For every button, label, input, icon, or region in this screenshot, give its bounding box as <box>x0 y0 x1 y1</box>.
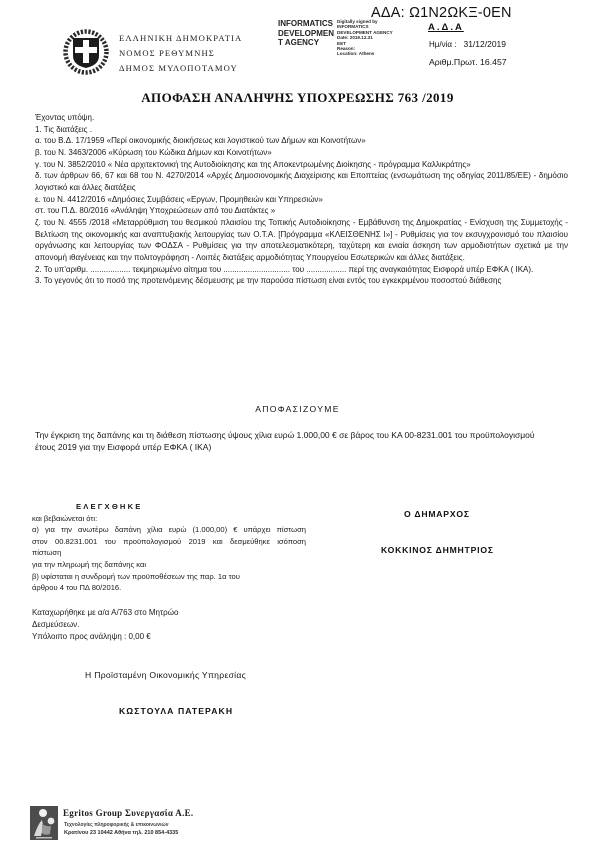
verification-block: ΕΛΕΓΧΘΗΚΕ και βεβαιώνεται ότι: α) για τη… <box>32 501 306 594</box>
registry-line: Υπόλοιπο προς ανάληψη : 0,00 € <box>32 631 178 643</box>
date-row: Ημ/νία :31/12/2019 <box>429 39 506 49</box>
digital-signature-block: Digitally signed by INFORMATICS DEVELOPM… <box>337 19 417 57</box>
date-label: Ημ/νία : <box>429 40 456 49</box>
decision-text: Την έγκριση της δαπάνης και τη διάθεση π… <box>35 429 549 453</box>
footer-address: Κρατίνου 23 10442 Αθήνα τηλ. 210 854-433… <box>64 830 178 836</box>
body-item-2: 2. Το υπ'αριθμ. .................. τεκμη… <box>35 264 568 276</box>
decision-heading: ΑΠΟΦΑΣΙΖΟΥΜΕ <box>0 404 595 414</box>
verification-line: στον 00.8231.001 του προϋπολογισμού 2019… <box>32 536 306 548</box>
document-title: ΑΠΟΦΑΣΗ ΑΝΑΛΗΨΗΣ ΥΠΟΧΡΕΩΣΗΣ 763 /2019 <box>0 90 595 106</box>
date-value: 31/12/2019 <box>463 39 506 49</box>
agency-line: INFORMATICS <box>278 19 338 29</box>
verification-line: για την πληρωμή της δαπάνης και <box>32 559 306 571</box>
greek-coat-of-arms-icon <box>62 27 110 76</box>
agency-line: T AGENCY <box>278 38 338 48</box>
authority-line: ΔΗΜΟΣ ΜΥΛΟΠΟΤΑΜΟΥ <box>119 61 242 76</box>
verification-line: πίστωση <box>32 547 306 559</box>
verification-line: άρθρου 4 του ΠΔ 80/2016. <box>32 582 306 594</box>
agency-line: DEVELOPMEN <box>278 29 338 39</box>
document-body: Έχοντας υπόψη. 1. Τις διατάξεις . α. του… <box>35 112 568 287</box>
authority-line: ΕΛΛΗΝΙΚΗ ΔΗΜΟΚΡΑΤΙΑ <box>119 31 242 46</box>
provision-c: γ. του Ν. 3852/2010 « Νέα αρχιτεκτονική … <box>35 159 568 171</box>
registry-line: Καταχωρήθηκε με α/α Α/763 στο Μητρώο <box>32 607 178 619</box>
provision-st: στ. του Π.Δ. 80/2016 «Ανάληψη Υποχρεώσεω… <box>35 205 568 217</box>
protocol-number: Αριθμ.Πρωτ. 16.457 <box>429 57 507 67</box>
agency-stamp: INFORMATICS DEVELOPMEN T AGENCY <box>278 19 338 48</box>
verification-line: και βεβαιώνεται ότι: <box>32 513 306 525</box>
provision-a: α. του Β.Δ. 17/1959 «Περί οικονομικής δι… <box>35 135 568 147</box>
body-item-1: 1. Τις διατάξεις . <box>35 124 568 136</box>
verification-line: α) για την ανωτέρω δαπάνη χίλια ευρώ (1.… <box>32 524 306 536</box>
authority-block: ΕΛΛΗΝΙΚΗ ΔΗΜΟΚΡΑΤΙΑ ΝΟΜΟΣ ΡΕΘΥΜΝΗΣ ΔΗΜΟΣ… <box>119 31 242 76</box>
finance-head-title: Η Προϊσταμένη Οικονομικής Υπηρεσίας <box>85 670 246 680</box>
registry-line: Δεσμεύσεων. <box>32 619 178 631</box>
document-page: ΑΔΑ: Ω1Ν2ΩΚΞ-0ΕΝ INFORMATICS DEVELOPMEN … <box>0 0 595 842</box>
finance-head-name: ΚΩΣΤΟΥΛΑ ΠΑΤΕΡΑΚΗ <box>119 706 233 716</box>
ada-abbreviation: Α.Δ.Α <box>428 22 464 33</box>
verification-heading: ΕΛΕΓΧΘΗΚΕ <box>76 501 306 513</box>
provision-d: δ. των άρθρων 66, 67 και 68 του Ν. 4270/… <box>35 170 568 193</box>
signature-line: Location: Athens <box>337 51 417 56</box>
registry-note: Καταχωρήθηκε με α/α Α/763 στο Μητρώο Δεσ… <box>32 607 178 642</box>
mayor-title: Ο ΔΗΜΑΡΧΟΣ <box>404 509 470 519</box>
footer-company: Egritos Group Συνεργασία Α.Ε. <box>63 808 193 818</box>
provision-z: ζ. του Ν. 4555 /2018 «Μεταρρύθμιση του θ… <box>35 217 568 264</box>
mayor-name: ΚΟΚΚΙΝΟΣ ΔΗΜΗΤΡΙΟΣ <box>381 545 494 555</box>
provision-e: ε. του Ν. 4412/2016 «Δημόσιες Συμβάσεις … <box>35 194 568 206</box>
verification-line: β) υφίσταται η συνδρομή των προϋποθέσεων… <box>32 571 306 583</box>
body-intro: Έχοντας υπόψη. <box>35 112 568 124</box>
authority-line: ΝΟΜΟΣ ΡΕΘΥΜΝΗΣ <box>119 46 242 61</box>
provision-b: β. του Ν. 3463/2006 «Κύρωση του Κώδικα Δ… <box>35 147 568 159</box>
egritos-logo-icon <box>30 806 58 840</box>
body-item-3: 3. Το γεγονός ότι το ποσό της προτεινόμε… <box>35 275 568 287</box>
footer-tagline: Τεχνολογίες πληροφορικής & επικοινωνιών <box>64 822 168 828</box>
